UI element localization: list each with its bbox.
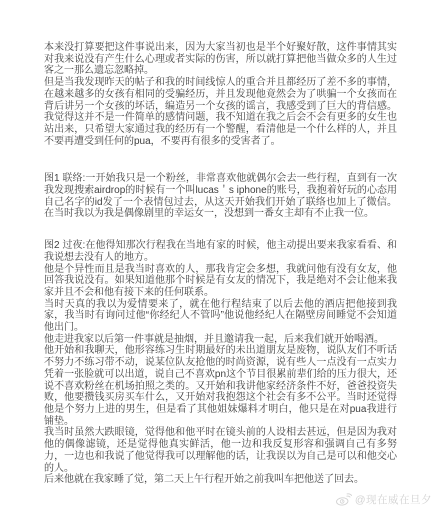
post-text: 本来没打算要把这件事说出来，因为大家当初也是半个好聚好散，这件事情其实对我来说没… (44, 42, 397, 486)
weibo-icon (336, 493, 352, 506)
paragraph-discovery: 但是当我发现昨天的帖子和我的时间线惊人的重合并且都经历了差不多的事情，在越来越多… (44, 77, 397, 147)
watermark-handle: @现在威在旦夕 (355, 492, 432, 507)
paragraph-complaints: 他开始和我聊天，他形容练习生时期最好的未出道朋友是废物，说队友们不听话不努力不练… (44, 345, 397, 427)
paragraph-sent-back: 后来他就在我家睡了觉，第二天上午行程开始之前我叫车把他送了回去。 (44, 474, 397, 486)
paragraph-girlfriend-question: 他是个异性而且是我当时喜欢的人，那我肯定会多想，我就问他有没有女友，他回答我说没… (44, 264, 397, 299)
paragraph-hotel-pickup: 当时天真的我以为爱情要来了，就在他行程结束了以后去他的酒店把他接到我家，我当时有… (44, 299, 397, 334)
paragraph-fig2-overnight: 图2 过夜:在他得知那次行程我在当地有家的时候，他主动提出要来我家看看、和我说想… (44, 240, 397, 263)
paragraph-fig1-contact: 图1 联络:一开始我只是一个粉丝，非常喜欢他就偶尔会去一些行程，直到有一次我发现… (44, 173, 397, 220)
paragraph-smoking-drinking: 他走进我家以后第一件事就是抽烟，并且邀请我一起，后来我们就开始喝酒。 (44, 334, 397, 346)
paragraph-idol-filter: 我当时虽然大跌眼镜，觉得他和他平时在镜头前的人设相去甚远，但是因为我对他的偶像滤… (44, 427, 397, 474)
watermark: @现在威在旦夕 (336, 492, 432, 507)
weibo-longtext-screenshot: 本来没打算要把这件事说出来，因为大家当初也是半个好聚好散，这件事情其实对我来说没… (0, 0, 440, 514)
paragraph-opening: 本来没打算要把这件事说出来，因为大家当初也是半个好聚好散，这件事情其实对我来说没… (44, 42, 397, 77)
